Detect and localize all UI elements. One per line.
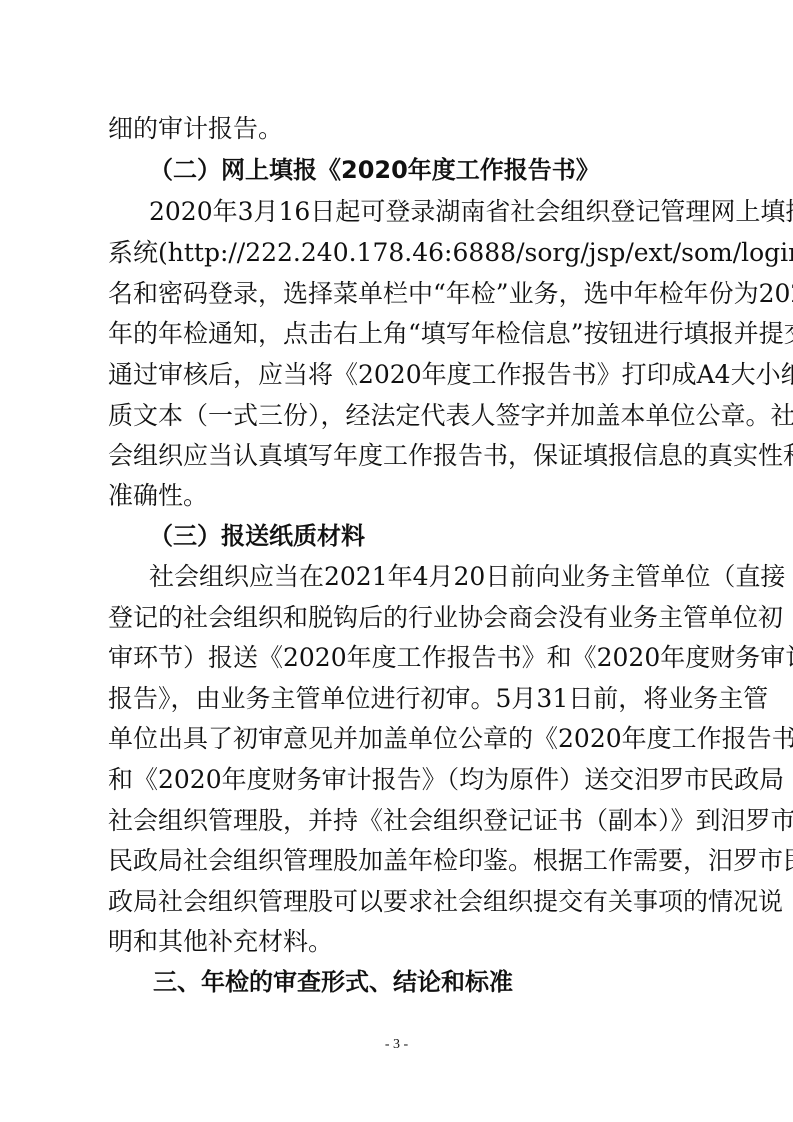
paragraph-line: 准确性。 xyxy=(108,481,694,511)
page-number: - 3 - xyxy=(0,1036,793,1054)
paragraph-line: 单位出具了初审意见并加盖单位公章的《2020年度工作报告书》 xyxy=(108,724,694,754)
paragraph-line: 社会组织管理股，并持《社会组织登记证书（副本）》到汨罗市 xyxy=(108,806,694,836)
paragraph-line: 审环节）报送《2020年度工作报告书》和《2020年度财务审计 xyxy=(108,643,694,673)
paragraph-line: 社会组织应当在2021年4月20日前向业务主管单位（直接 xyxy=(149,562,694,592)
paragraph-line: 质文本（一式三份），经法定代表人签字并加盖本单位公章。社 xyxy=(108,401,694,431)
paragraph-line: 年的年检通知，点击右上角“填写年检信息”按钮进行填报并提交。 xyxy=(108,319,694,349)
paragraph-line: 2020年3月16日起可登录湖南省社会组织登记管理网上填报 xyxy=(149,197,694,227)
paragraph-line: 细的审计报告。 xyxy=(108,114,694,144)
paragraph-line: 政局社会组织管理股可以要求社会组织提交有关事项的情况说 xyxy=(108,887,694,917)
paragraph-line: 报告》，由业务主管单位进行初审。5月31日前，将业务主管 xyxy=(108,684,694,714)
paragraph-line-url: 系统(http://222.240.178.46:6888/sorg/jsp/e… xyxy=(108,238,694,268)
paragraph-line: 通过审核后，应当将《2020年度工作报告书》打印成A4大小纸 xyxy=(108,360,694,390)
subheading-paper-materials: （三）报送纸质材料 xyxy=(149,521,365,551)
paragraph-line: 名和密码登录，选择菜单栏中“年检”业务，选中年检年份为2020 xyxy=(108,279,694,309)
section-heading-review: 三、年检的审查形式、结论和标准 xyxy=(153,967,513,997)
paragraph-line: 民政局社会组织管理股加盖年检印鉴。根据工作需要，汨罗市民 xyxy=(108,846,694,876)
paragraph-line: 和《2020年度财务审计报告》（均为原件）送交汨罗市民政局 xyxy=(108,765,694,795)
paragraph-line: 会组织应当认真填写年度工作报告书，保证填报信息的真实性和 xyxy=(108,441,694,471)
subheading-online-report: （二）网上填报《2020年度工作报告书》 xyxy=(149,155,600,185)
paragraph-line: 明和其他补充材料。 xyxy=(108,927,694,957)
paragraph-line: 登记的社会组织和脱钩后的行业协会商会没有业务主管单位初 xyxy=(108,603,694,633)
document-page: 细的审计报告。 （二）网上填报《2020年度工作报告书》 2020年3月16日起… xyxy=(0,0,793,1122)
